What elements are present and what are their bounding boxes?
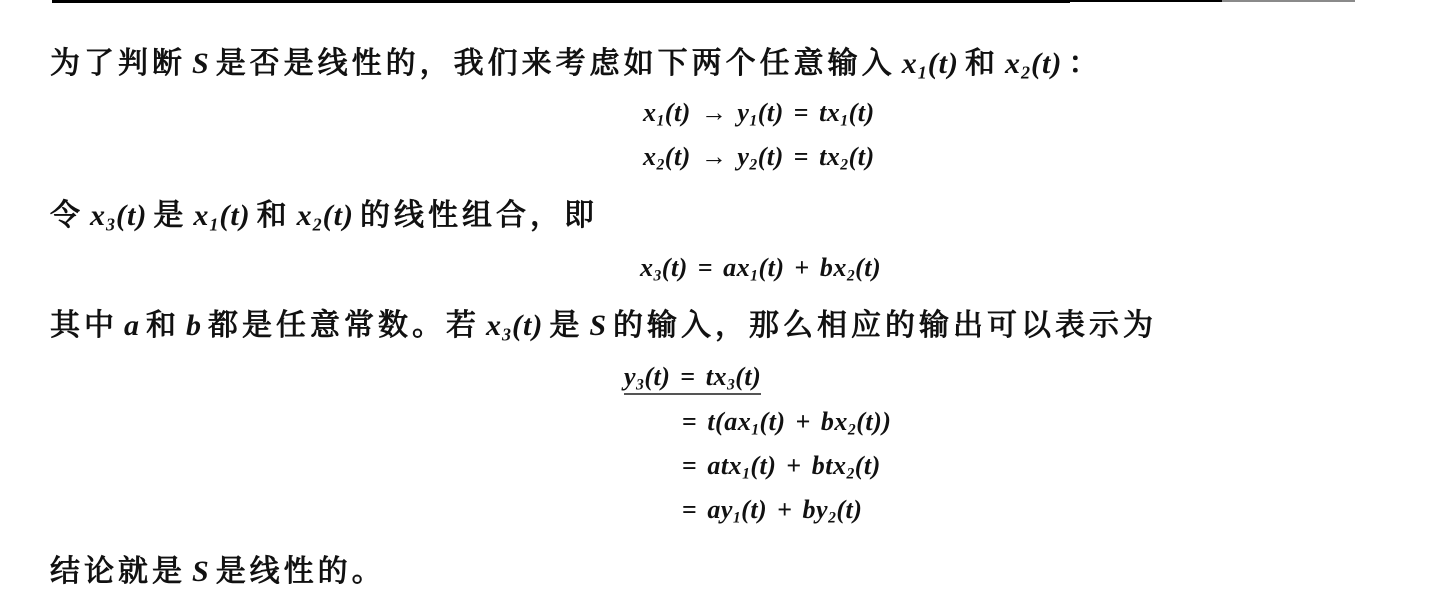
derivation-line-2: =t(ax1(t)+bx2(t)) xyxy=(682,405,891,439)
text: 是线性的。 xyxy=(216,554,386,589)
math-x3: x3(t) xyxy=(90,199,147,232)
math-a: a xyxy=(124,309,140,342)
math-S: S xyxy=(589,309,607,342)
top-rule xyxy=(52,0,1070,3)
paragraph-input: 其中a和b都是任意常数。若x3(t)是S的输入，那么相应的输出可以表示为 xyxy=(50,306,1157,346)
math-x1: x1(t) xyxy=(902,47,959,80)
arrow-icon: → xyxy=(701,98,728,127)
math-x1: x1(t) xyxy=(193,199,250,232)
text: 其中 xyxy=(50,308,118,343)
derivation-line-4: =ay1(t)+by2(t) xyxy=(682,493,862,527)
paragraph-conclusion: 结论就是S是线性的。 xyxy=(50,552,386,592)
paragraph-intro: 为了判断S是否是线性的，我们来考虑如下两个任意输入x1(t)和x2(t)： xyxy=(50,44,1102,84)
math-x2: x2(t) xyxy=(297,199,354,232)
derivation-line-3: =atx1(t)+btx2(t) xyxy=(682,449,881,483)
underlined-expression: y3(t)=tx3(t) xyxy=(624,362,761,395)
text: 都是任意常数。若 xyxy=(208,308,480,343)
text: 和 xyxy=(146,308,180,343)
math-S: S xyxy=(192,555,210,588)
top-rule-gray xyxy=(1222,0,1355,2)
derivation-line-1: y3(t)=tx3(t) xyxy=(624,360,761,394)
math-S: S xyxy=(192,47,210,80)
text: 和 xyxy=(965,46,999,81)
top-rule-thin xyxy=(1070,0,1222,2)
math-x3: x3(t) xyxy=(486,309,543,342)
equation-3: x3(t)=ax1(t)+bx2(t) xyxy=(640,251,881,285)
text: 的线性组合，即 xyxy=(360,198,598,233)
text: 和 xyxy=(257,198,291,233)
text: 是否是线性的，我们来考虑如下两个任意输入 xyxy=(216,46,896,81)
text: 结论就是 xyxy=(50,554,186,589)
arrow-icon: → xyxy=(701,142,728,171)
paragraph-combination: 令x3(t)是x1(t)和x2(t)的线性组合，即 xyxy=(50,196,598,236)
text: 令 xyxy=(50,198,84,233)
math-b: b xyxy=(186,309,202,342)
text: ： xyxy=(1068,46,1102,81)
math-x2: x2(t) xyxy=(1005,47,1062,80)
equation-1: x1(t)→y1(t)=tx1(t) xyxy=(643,96,875,130)
text: 是 xyxy=(153,198,187,233)
text: 是 xyxy=(549,308,583,343)
text: 的输入，那么相应的输出可以表示为 xyxy=(613,308,1157,343)
equation-2: x2(t)→y2(t)=tx2(t) xyxy=(643,140,875,174)
text: 为了判断 xyxy=(50,46,186,81)
